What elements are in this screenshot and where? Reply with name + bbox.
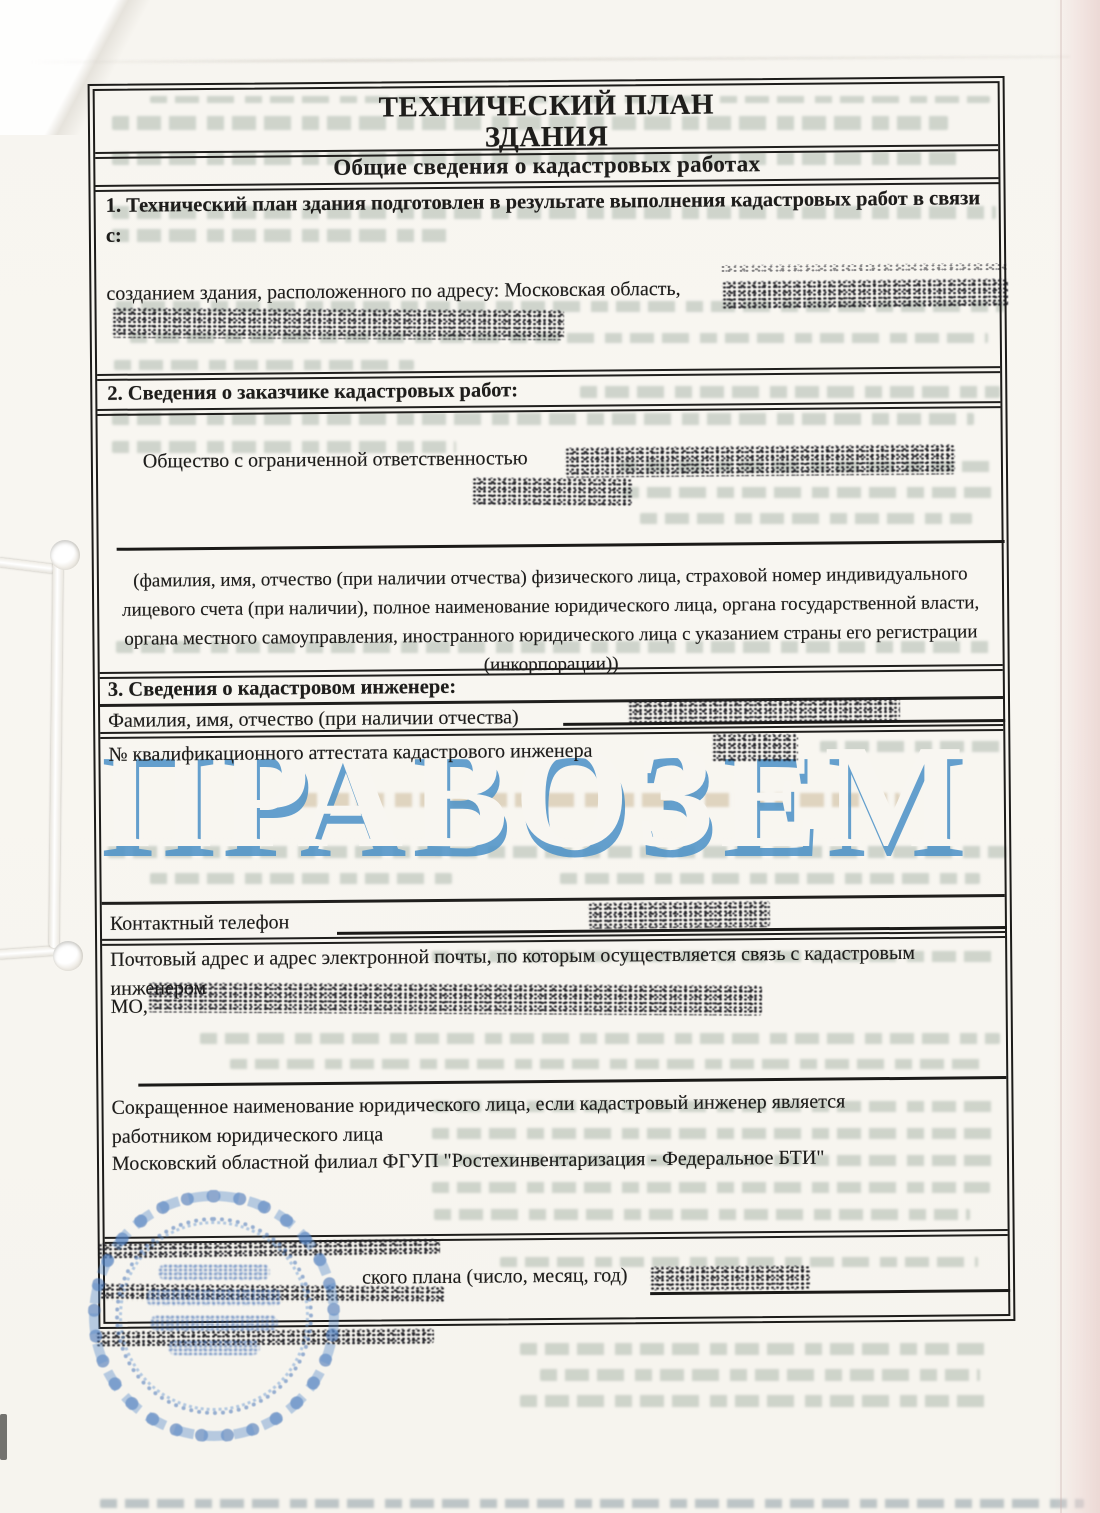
- redacted-engineer-name: [628, 698, 900, 723]
- section1-reason-text: созданием здания, расположенного по адре…: [106, 276, 680, 307]
- phone-label: Контактный телефон: [110, 909, 290, 937]
- blank-line: [138, 1076, 1006, 1087]
- org-value: Московский областной филиал ФГУП "Ростех…: [112, 1145, 825, 1177]
- punch-hole-bottom: [53, 941, 83, 971]
- separator: [97, 366, 1000, 381]
- section2-heading: 2. Сведения о заказчике кадастровых рабо…: [107, 377, 518, 407]
- punch-hole-top: [50, 540, 80, 570]
- redacted-address-line1: [722, 279, 1008, 310]
- bleed-through-line: [100, 1499, 1084, 1508]
- stamp-text-blur: [150, 1315, 278, 1331]
- stamp-text-blur: [158, 1264, 270, 1280]
- redacted-attestat-number: [712, 734, 798, 762]
- bleed-through-line: [520, 1395, 988, 1407]
- redacted-date-value: [650, 1265, 810, 1290]
- postal-value-prefix: МО,: [111, 994, 148, 1020]
- round-stamp: [88, 1190, 340, 1442]
- redacted-customer-name-line2: [472, 477, 632, 505]
- blank-line: [117, 540, 1005, 551]
- customer-name-prefix: Общество с ограниченной ответственностью: [143, 445, 528, 474]
- binding-lace: [49, 556, 63, 948]
- section3-heading: 3. Сведения о кадастровом инженере:: [108, 674, 456, 704]
- stamp-text-blur: [146, 1289, 282, 1306]
- redacted-address-line2: [112, 308, 564, 340]
- binding-lace-bottom: [0, 946, 59, 959]
- scanner-edge-mark: [0, 1414, 7, 1460]
- bleed-through-line: [520, 1343, 988, 1355]
- redacted-phone-number: [588, 901, 770, 929]
- redacted-customer-name-line1: [565, 444, 955, 477]
- scanned-page: { "page": { "watermark_text": "ПРАВОЗЕМ"…: [0, 0, 1100, 1513]
- separator: [102, 894, 1005, 904]
- section1-heading: 1. Технический план здания подготовлен в…: [106, 184, 987, 251]
- redacted-postal-address: [148, 982, 762, 1015]
- binding-lace-top: [0, 557, 55, 573]
- page-edge-line: [1060, 0, 1062, 1513]
- stamp-text-blur: [168, 1340, 260, 1355]
- org-label: Сокращенное наименование юридического ли…: [111, 1087, 886, 1152]
- attestat-label: № квалификационного аттестата кадастрово…: [108, 738, 592, 768]
- bleed-through-line: [540, 1369, 980, 1381]
